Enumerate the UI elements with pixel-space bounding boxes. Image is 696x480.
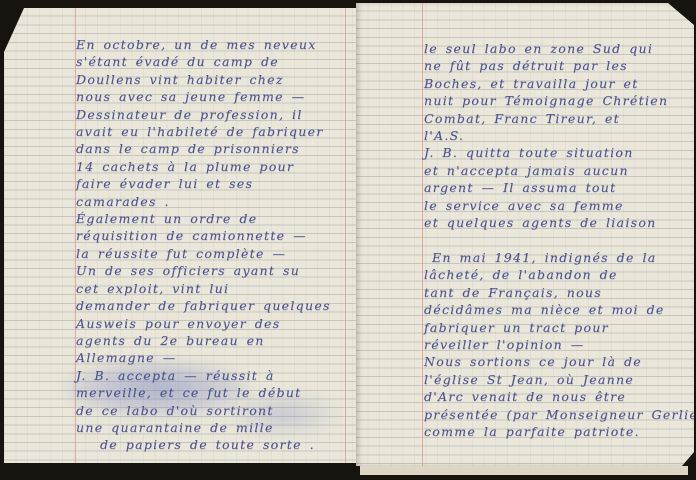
- handwritten-line: agents du 2e bureau en: [4, 332, 356, 349]
- handwritten-line: le service avec sa femme: [356, 197, 692, 214]
- handwritten-line: Ausweis pour envoyer des: [4, 315, 356, 332]
- notebook-page-left: En octobre, un de mes neveux s'étant éva…: [4, 8, 358, 463]
- handwritten-line: ne fût pas détruit par les: [356, 57, 692, 74]
- handwritten-line: et n'accepta jamais aucun: [356, 162, 692, 179]
- handwritten-line: nuit pour Témoignage Chrétien: [356, 92, 692, 109]
- handwritten-line: présentée (par Monseigneur Gerlier): [356, 406, 692, 423]
- handwritten-text-block: En octobre, un de mes neveux s'étant éva…: [4, 36, 356, 454]
- handwritten-line: merveille, et ce fut le début: [4, 384, 356, 401]
- handwritten-line: Un de ses officiers ayant su: [4, 262, 356, 279]
- handwritten-line: argent — Il assuma tout: [356, 179, 692, 196]
- handwritten-line: s'étant évadé du camp de: [4, 53, 356, 70]
- handwritten-line: Allemagne —: [4, 349, 356, 366]
- handwritten-line: J. B. accepta — réussit à: [4, 367, 356, 384]
- handwritten-line: lâcheté, de l'abandon de: [356, 266, 692, 283]
- handwritten-line: le seul labo en zone Sud qui: [356, 40, 692, 57]
- handwritten-line: 14 cachets à la plume pour: [4, 158, 356, 175]
- handwritten-line: décidâmes ma nièce et moi de: [356, 301, 692, 318]
- handwritten-line: réquisition de camionnette —: [4, 227, 356, 244]
- handwritten-line: camarades .: [4, 193, 356, 210]
- handwritten-line: tant de Français, nous: [356, 284, 692, 301]
- handwritten-line: dans le camp de prisonniers: [4, 140, 356, 157]
- handwritten-line: demander de fabriquer quelques: [4, 297, 356, 314]
- handwritten-line: et quelques agents de liaison: [356, 214, 692, 231]
- underlying-page-edge: [360, 466, 688, 475]
- handwritten-line: Nous sortions ce jour là de: [356, 353, 692, 370]
- handwritten-line: En octobre, un de mes neveux: [4, 36, 356, 53]
- handwritten-line: comme la parfaite patriote.: [356, 423, 692, 440]
- handwritten-line: cet exploit, vint lui: [4, 280, 356, 297]
- handwritten-line: fabriquer un tract pour: [356, 319, 692, 336]
- handwritten-line: Combat, Franc Tireur, et: [356, 110, 692, 127]
- handwritten-line: de ce labo d'où sortiront: [4, 402, 356, 419]
- handwritten-line: d'Arc venait de nous être: [356, 388, 692, 405]
- handwritten-line: nous avec sa jeune femme —: [4, 88, 356, 105]
- handwritten-line: une quarantaine de mille: [4, 419, 356, 436]
- handwritten-line: Boches, et travailla jour et: [356, 75, 692, 92]
- handwritten-line: Dessinateur de profession, il: [4, 106, 356, 123]
- handwritten-line: la réussite fut complète —: [4, 245, 356, 262]
- notebook-page-right: le seul labo en zone Sud qui ne fût pas …: [356, 3, 694, 466]
- handwritten-text-block: le seul labo en zone Sud qui ne fût pas …: [356, 40, 692, 440]
- handwritten-line: avait eu l'habileté de fabriquer: [4, 123, 356, 140]
- scanned-notebook: En octobre, un de mes neveux s'étant éva…: [0, 0, 696, 480]
- handwritten-line: Également un ordre de: [4, 210, 356, 227]
- handwritten-line: En mai 1941, indignés de la: [356, 249, 692, 266]
- handwritten-line: faire évader lui et ses: [4, 175, 356, 192]
- handwritten-line: l'église St Jean, où Jeanne: [356, 371, 692, 388]
- handwritten-line: réveiller l'opinion —: [356, 336, 692, 353]
- handwritten-line: [356, 231, 692, 248]
- handwritten-line: Doullens vint habiter chez: [4, 71, 356, 88]
- handwritten-line: de papiers de toute sorte .: [4, 436, 356, 453]
- handwritten-line: l'A.S.: [356, 127, 692, 144]
- handwritten-line: J. B. quitta toute situation: [356, 144, 692, 161]
